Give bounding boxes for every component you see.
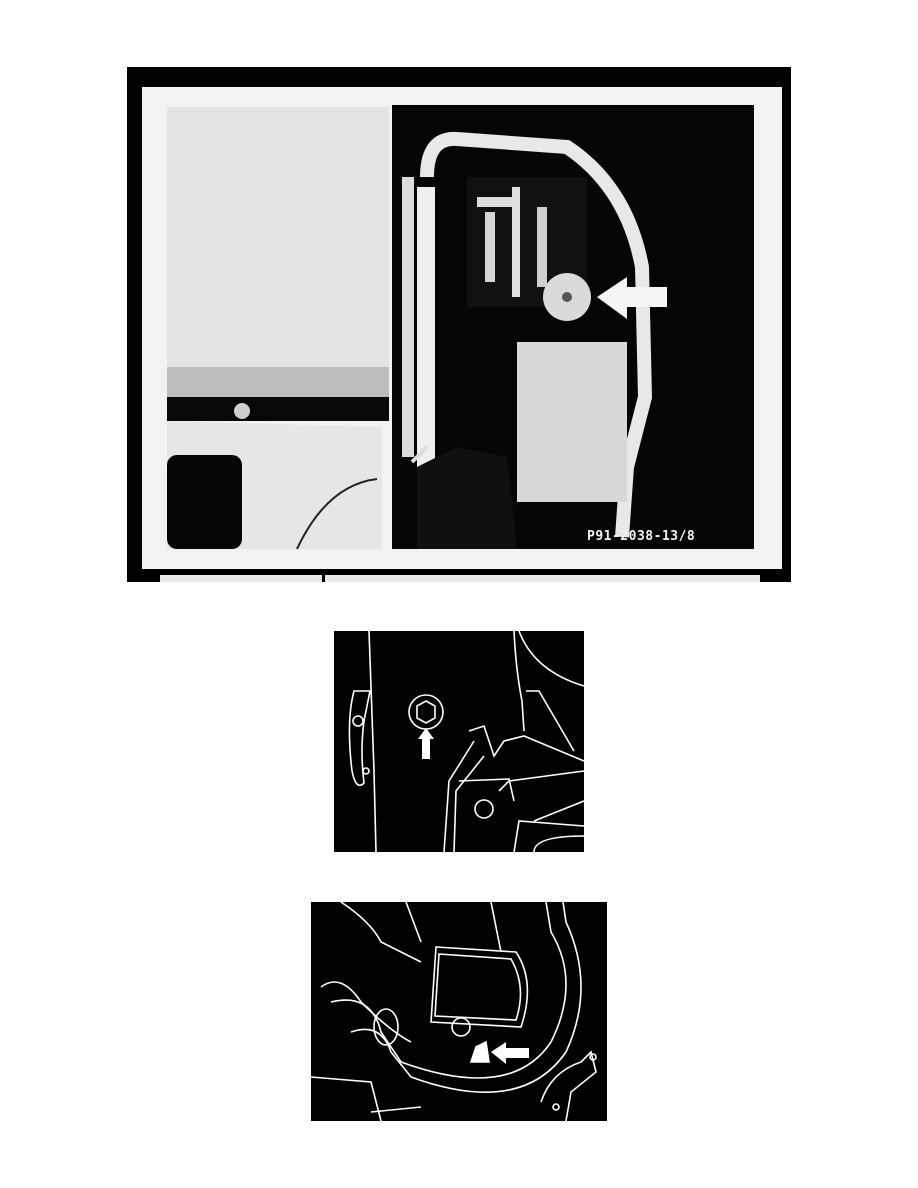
bolt-illustration-drawing	[334, 631, 584, 852]
clip-illustration	[311, 902, 607, 1121]
photo-code-label: P91-2038-13/8	[587, 529, 695, 544]
clip-illustration-drawing	[311, 902, 607, 1121]
photo-image	[127, 67, 791, 582]
bolt-illustration	[334, 631, 584, 852]
photo-figure: P91-2038-13/8	[127, 67, 791, 582]
